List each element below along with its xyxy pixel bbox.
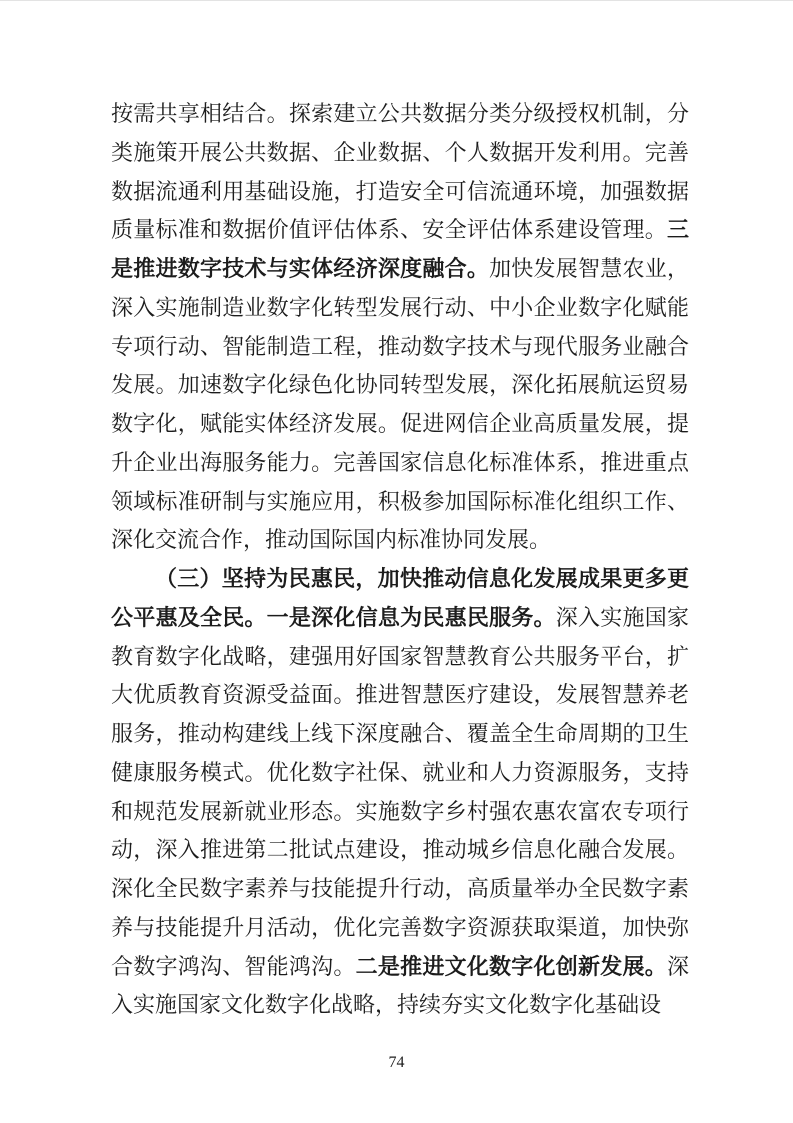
text-run: 加快发展智慧农业，深入实施制造业数字化转型发展行动、中小企业数字化赋能专项行动、… <box>111 256 689 552</box>
text-run-bold: 二是推进文化数字化创新发展。 <box>356 954 667 979</box>
page-number: 74 <box>0 1053 793 1073</box>
document-body: 按需共享相结合。探索建立公共数据分类分级授权机制，分类施策开展公共数据、企业数据… <box>111 95 689 1025</box>
document-page: 按需共享相结合。探索建立公共数据分类分级授权机制，分类施策开展公共数据、企业数据… <box>0 0 793 1123</box>
text-run: 深入实施国家教育数字化战略，建强用好国家智慧教育公共服务平台，扩大优质教育资源受… <box>111 605 689 979</box>
text-run: 按需共享相结合。探索建立公共数据分类分级授权机制，分类施策开展公共数据、企业数据… <box>111 101 689 242</box>
paragraph-2: （三）坚持为民惠民，加快推动信息化发展成果更多更公平惠及全民。一是深化信息为民惠… <box>111 560 689 1025</box>
paragraph-1: 按需共享相结合。探索建立公共数据分类分级授权机制，分类施策开展公共数据、企业数据… <box>111 95 689 560</box>
